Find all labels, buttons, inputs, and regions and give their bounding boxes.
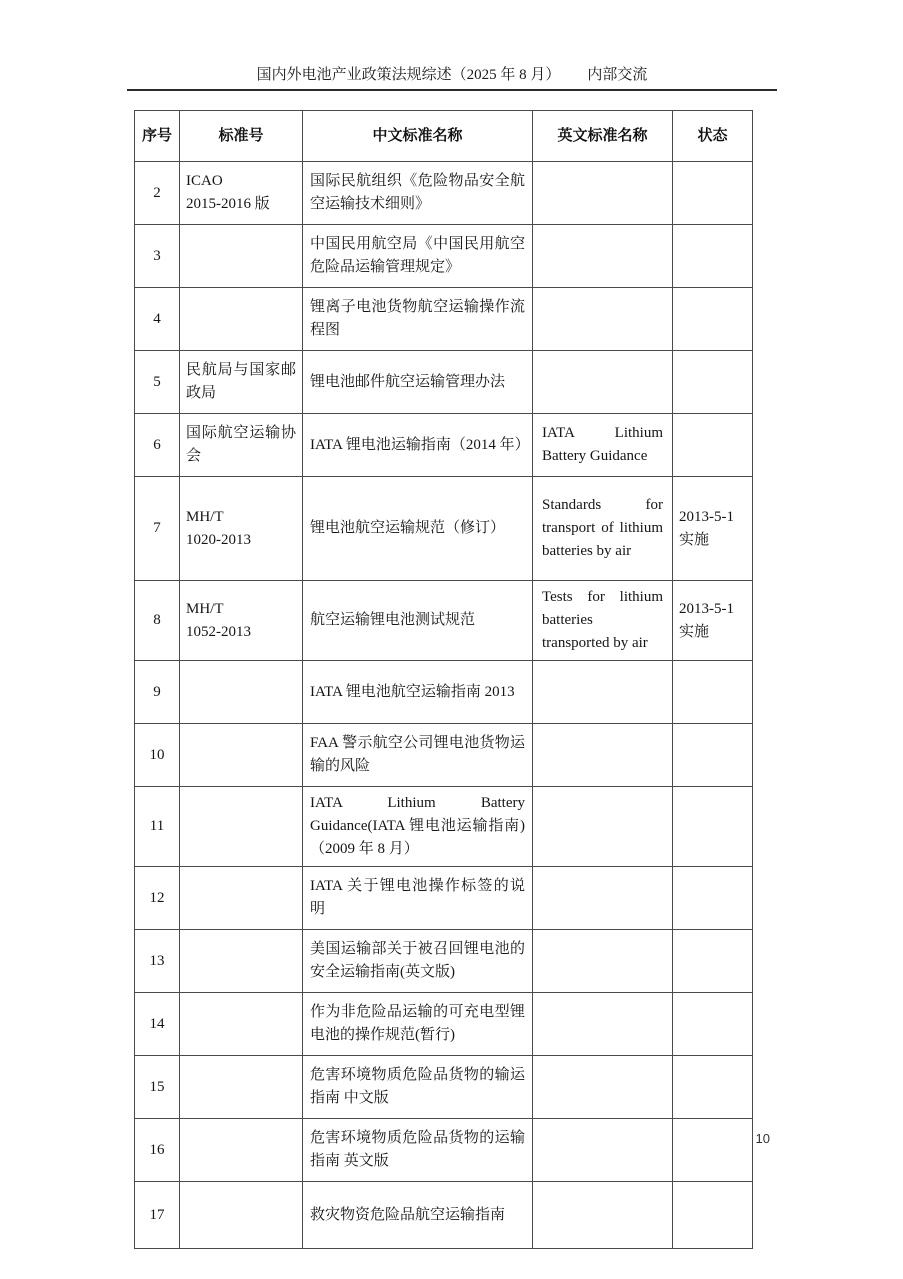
cell-seq: 2: [135, 162, 180, 225]
cell-seq: 11: [135, 787, 180, 867]
cell-cn-name: 救灾物资危险品航空运输指南: [303, 1182, 533, 1249]
cell-cn-name: IATA 锂电池航空运输指南 2013: [303, 661, 533, 724]
cell-standard-no: 民航局与国家邮政局: [180, 351, 303, 414]
table-row: 10 FAA 警示航空公司锂电池货物运输的风险: [135, 724, 753, 787]
cell-cn-name: 锂电池航空运输规范（修订）: [303, 477, 533, 581]
cell-en-name: IATA Lithium Battery Guidance: [533, 414, 673, 477]
cell-seq: 4: [135, 288, 180, 351]
table-row: 12 IATA 关于锂电池操作标签的说明: [135, 867, 753, 930]
cell-cn-name: IATA 关于锂电池操作标签的说明: [303, 867, 533, 930]
table-row: 16 危害环境物质危险品货物的运输指南 英文版: [135, 1119, 753, 1182]
page-header-title: 国内外电池产业政策法规综述（2025 年 8 月）: [257, 67, 561, 83]
cell-cn-name: 锂电池邮件航空运输管理办法: [303, 351, 533, 414]
cell-status: [673, 1182, 753, 1249]
cell-status: [673, 993, 753, 1056]
cell-cn-name: 国际民航组织《危险物品安全航空运输技术细则》: [303, 162, 533, 225]
cell-en-name: [533, 162, 673, 225]
cell-cn-name: 锂离子电池货物航空运输操作流程图: [303, 288, 533, 351]
cell-cn-name: IATA 锂电池运输指南（2014 年）: [303, 414, 533, 477]
cell-en-name: [533, 661, 673, 724]
cell-en-name: [533, 351, 673, 414]
header-seq: 序号: [135, 111, 180, 162]
header-divider: [127, 89, 777, 91]
cell-en-name: [533, 724, 673, 787]
cell-cn-name: IATA Lithium Battery Guidance(IATA 锂电池运输…: [303, 787, 533, 867]
cell-cn-name: 危害环境物质危险品货物的运输指南 英文版: [303, 1119, 533, 1182]
table-row: 5 民航局与国家邮政局 锂电池邮件航空运输管理办法: [135, 351, 753, 414]
cell-seq: 5: [135, 351, 180, 414]
cell-status: [673, 724, 753, 787]
table-row: 2 ICAO 2015-2016 版 国际民航组织《危险物品安全航空运输技术细则…: [135, 162, 753, 225]
cell-standard-no: [180, 787, 303, 867]
cell-seq: 13: [135, 930, 180, 993]
cell-standard-no: [180, 993, 303, 1056]
table-row: 8 MH/T 1052-2013 航空运输锂电池测试规范 Tests for l…: [135, 581, 753, 661]
page-number: 10: [756, 1131, 770, 1146]
page-header-tag: 内部交流: [587, 67, 647, 83]
cell-standard-no: [180, 1182, 303, 1249]
table-row: 11 IATA Lithium Battery Guidance(IATA 锂电…: [135, 787, 753, 867]
cell-standard-no: [180, 724, 303, 787]
cell-en-name: [533, 867, 673, 930]
cell-status: [673, 162, 753, 225]
cell-standard-no: [180, 1056, 303, 1119]
cell-standard-no: MH/T 1020-2013: [180, 477, 303, 581]
cell-status: [673, 867, 753, 930]
cell-cn-name: 航空运输锂电池测试规范: [303, 581, 533, 661]
cell-standard-no: 国际航空运输协会: [180, 414, 303, 477]
cell-en-name: [533, 288, 673, 351]
table-row: 14 作为非危险品运输的可充电型锂电池的操作规范(暂行): [135, 993, 753, 1056]
table-row: 7 MH/T 1020-2013 锂电池航空运输规范（修订） Standards…: [135, 477, 753, 581]
table-header-row: 序号 标准号 中文标准名称 英文标准名称 状态: [135, 111, 753, 162]
cell-status: 2013-5-1 实施: [673, 477, 753, 581]
cell-status: [673, 1119, 753, 1182]
table-row: 17 救灾物资危险品航空运输指南: [135, 1182, 753, 1249]
cell-standard-no: [180, 661, 303, 724]
cell-seq: 9: [135, 661, 180, 724]
table-row: 6 国际航空运输协会 IATA 锂电池运输指南（2014 年） IATA Lit…: [135, 414, 753, 477]
cell-en-name: Standards for transport of lithium batte…: [533, 477, 673, 581]
cell-en-name: [533, 993, 673, 1056]
cell-en-name: [533, 787, 673, 867]
cell-en-name: [533, 1119, 673, 1182]
cell-status: [673, 288, 753, 351]
cell-status: [673, 661, 753, 724]
cell-seq: 10: [135, 724, 180, 787]
document-page: 国内外电池产业政策法规综述（2025 年 8 月）内部交流 序号 标准号 中文标…: [0, 0, 903, 1279]
cell-seq: 6: [135, 414, 180, 477]
table-row: 15 危害环境物质危险品货物的输运指南 中文版: [135, 1056, 753, 1119]
cell-standard-no: ICAO 2015-2016 版: [180, 162, 303, 225]
cell-standard-no: [180, 930, 303, 993]
cell-cn-name: 美国运输部关于被召回锂电池的安全运输指南(英文版): [303, 930, 533, 993]
cell-seq: 12: [135, 867, 180, 930]
table-row: 13 美国运输部关于被召回锂电池的安全运输指南(英文版): [135, 930, 753, 993]
cell-status: [673, 351, 753, 414]
cell-seq: 17: [135, 1182, 180, 1249]
cell-seq: 16: [135, 1119, 180, 1182]
cell-status: [673, 930, 753, 993]
table-row: 4 锂离子电池货物航空运输操作流程图: [135, 288, 753, 351]
cell-cn-name: 作为非危险品运输的可充电型锂电池的操作规范(暂行): [303, 993, 533, 1056]
cell-seq: 8: [135, 581, 180, 661]
header-cn-name: 中文标准名称: [303, 111, 533, 162]
cell-status: 2013-5-1 实施: [673, 581, 753, 661]
header-en-name: 英文标准名称: [533, 111, 673, 162]
cell-status: [673, 414, 753, 477]
standards-table: 序号 标准号 中文标准名称 英文标准名称 状态 2 ICAO 2015-2016…: [134, 110, 753, 1249]
cell-standard-no: [180, 1119, 303, 1182]
cell-en-name: [533, 1056, 673, 1119]
cell-standard-no: [180, 288, 303, 351]
cell-cn-name: FAA 警示航空公司锂电池货物运输的风险: [303, 724, 533, 787]
cell-en-name: Tests for lithium batteries transported …: [533, 581, 673, 661]
cell-status: [673, 225, 753, 288]
cell-en-name: [533, 1182, 673, 1249]
cell-en-name: [533, 930, 673, 993]
cell-seq: 7: [135, 477, 180, 581]
cell-seq: 3: [135, 225, 180, 288]
table-row: 9 IATA 锂电池航空运输指南 2013: [135, 661, 753, 724]
cell-en-name: [533, 225, 673, 288]
cell-cn-name: 中国民用航空局《中国民用航空危险品运输管理规定》: [303, 225, 533, 288]
header-standard-no: 标准号: [180, 111, 303, 162]
cell-standard-no: [180, 225, 303, 288]
cell-status: [673, 787, 753, 867]
page-header: 国内外电池产业政策法规综述（2025 年 8 月）内部交流: [127, 63, 777, 84]
cell-seq: 15: [135, 1056, 180, 1119]
cell-standard-no: MH/T 1052-2013: [180, 581, 303, 661]
cell-status: [673, 1056, 753, 1119]
table-row: 3 中国民用航空局《中国民用航空危险品运输管理规定》: [135, 225, 753, 288]
cell-standard-no: [180, 867, 303, 930]
cell-cn-name: 危害环境物质危险品货物的输运指南 中文版: [303, 1056, 533, 1119]
header-status: 状态: [673, 111, 753, 162]
cell-seq: 14: [135, 993, 180, 1056]
